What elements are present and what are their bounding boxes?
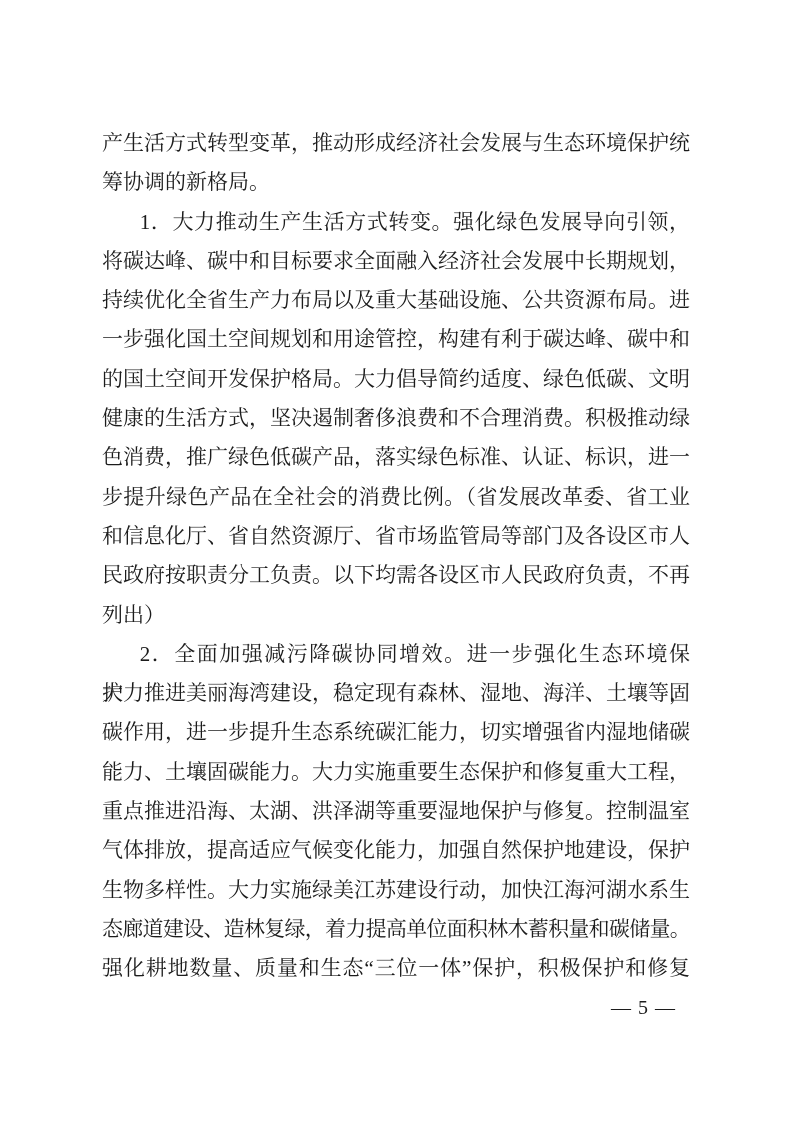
text-run: 步提升绿色产品在全社会的消费比例。: [102, 485, 466, 509]
text-line: 气体排放，提高适应气候变化能力，加强自然保护地建设，保护: [102, 831, 690, 870]
text-run-kaiti: 和信息化厅、省自然资源厅、省市场监管局等部门及各设区市人: [102, 524, 690, 548]
text-run: 产生活方式转型变革，推动形成经济社会发展与生态环境保护统: [102, 131, 690, 155]
text-line-kaiti: 民政府按职责分工负责。以下均需各设区市人民政府负责，不再: [102, 556, 690, 595]
text-run: 持续优化全省生产力布局以及重大基础设施、公共资源布局。进: [102, 288, 690, 312]
document-body: 产生活方式转型变革，推动形成经济社会发展与生态环境保护统 筹协调的新格局。 1．…: [102, 124, 690, 989]
text-run: 碳作用，进一步提升生态系统碳汇能力，切实增强省内湿地储碳: [102, 720, 690, 744]
text-line-kaiti: 和信息化厅、省自然资源厅、省市场监管局等部门及各设区市人: [102, 517, 690, 556]
document-page: 产生活方式转型变革，推动形成经济社会发展与生态环境保护统 筹协调的新格局。 1．…: [0, 0, 794, 1123]
text-run: 态廊道建设、造林复绿，着力提高单位面积林木蓄积量和碳储量。: [102, 917, 690, 941]
text-run: 强化耕地数量、质量和生态“三位一体”保护，积极保护和修复: [102, 956, 690, 980]
text-line: 健康的生活方式，坚决遏制奢侈浪费和不合理消费。积极推动绿: [102, 399, 690, 438]
text-run: 大力推进美丽海湾建设，稳定现有森林、湿地、海洋、土壤等固: [102, 681, 690, 705]
text-run: 将碳达峰、碳中和目标要求全面融入经济社会发展中长期规划，: [102, 249, 690, 273]
text-line: 生物多样性。大力实施绿美江苏建设行动，加快江海河湖水系生: [102, 871, 690, 910]
text-line: 产生活方式转型变革，推动形成经济社会发展与生态环境保护统: [102, 124, 690, 163]
text-run-kaiti: （省发展改革委、省工业: [466, 485, 690, 509]
text-run: 重点推进沿海、太湖、洪泽湖等重要湿地保护与修复。控制温室: [102, 799, 690, 823]
text-line-paragraph-end: 筹协调的新格局。: [102, 163, 690, 202]
text-run: 1．大力推动生产生活方式转变。强化绿色发展导向引领，: [140, 210, 690, 234]
text-line-mixed: 步提升绿色产品在全社会的消费比例。（省发展改革委、省工业: [102, 478, 690, 517]
text-run-kaiti: 民政府按职责分工负责。以下均需各设区市人民政府负责，不再: [102, 563, 690, 587]
text-line-item-2-start: 2．全面加强减污降碳协同增效。进一步强化生态环境保护，: [102, 635, 690, 674]
text-line: 碳作用，进一步提升生态系统碳汇能力，切实增强省内湿地储碳: [102, 713, 690, 752]
text-line-kaiti-paragraph-end: 列出）: [102, 596, 690, 635]
text-line: 大力推进美丽海湾建设，稳定现有森林、湿地、海洋、土壤等固: [102, 674, 690, 713]
text-run: 色消费，推广绿色低碳产品，落实绿色标准、认证、标识，进一: [102, 445, 690, 469]
text-line: 持续优化全省生产力布局以及重大基础设施、公共资源布局。进: [102, 281, 690, 320]
page-number: — 5 —: [611, 997, 676, 1019]
text-line: 强化耕地数量、质量和生态“三位一体”保护，积极保护和修复: [102, 949, 690, 988]
text-run: 生物多样性。大力实施绿美江苏建设行动，加快江海河湖水系生: [102, 878, 690, 902]
text-line: 能力、土壤固碳能力。大力实施重要生态保护和修复重大工程，: [102, 753, 690, 792]
text-line: 一步强化国土空间规划和用途管控，构建有利于碳达峰、碳中和: [102, 320, 690, 359]
text-run: 的国土空间开发保护格局。大力倡导简约适度、绿色低碳、文明: [102, 367, 690, 391]
text-run: 健康的生活方式，坚决遏制奢侈浪费和不合理消费。积极推动绿: [102, 406, 690, 430]
text-line-item-1-start: 1．大力推动生产生活方式转变。强化绿色发展导向引领，: [102, 203, 690, 242]
text-line: 态廊道建设、造林复绿，着力提高单位面积林木蓄积量和碳储量。: [102, 910, 690, 949]
text-line: 的国土空间开发保护格局。大力倡导简约适度、绿色低碳、文明: [102, 360, 690, 399]
text-run: 气体排放，提高适应气候变化能力，加强自然保护地建设，保护: [102, 838, 690, 862]
text-run: 筹协调的新格局。: [102, 170, 270, 194]
text-run: 能力、土壤固碳能力。大力实施重要生态保护和修复重大工程，: [102, 760, 690, 784]
text-run: 一步强化国土空间规划和用途管控，构建有利于碳达峰、碳中和: [102, 327, 690, 351]
text-line: 将碳达峰、碳中和目标要求全面融入经济社会发展中长期规划，: [102, 242, 690, 281]
text-run-kaiti: 列出）: [102, 603, 165, 627]
text-line: 重点推进沿海、太湖、洪泽湖等重要湿地保护与修复。控制温室: [102, 792, 690, 831]
text-line: 色消费，推广绿色低碳产品，落实绿色标准、认证、标识，进一: [102, 438, 690, 477]
